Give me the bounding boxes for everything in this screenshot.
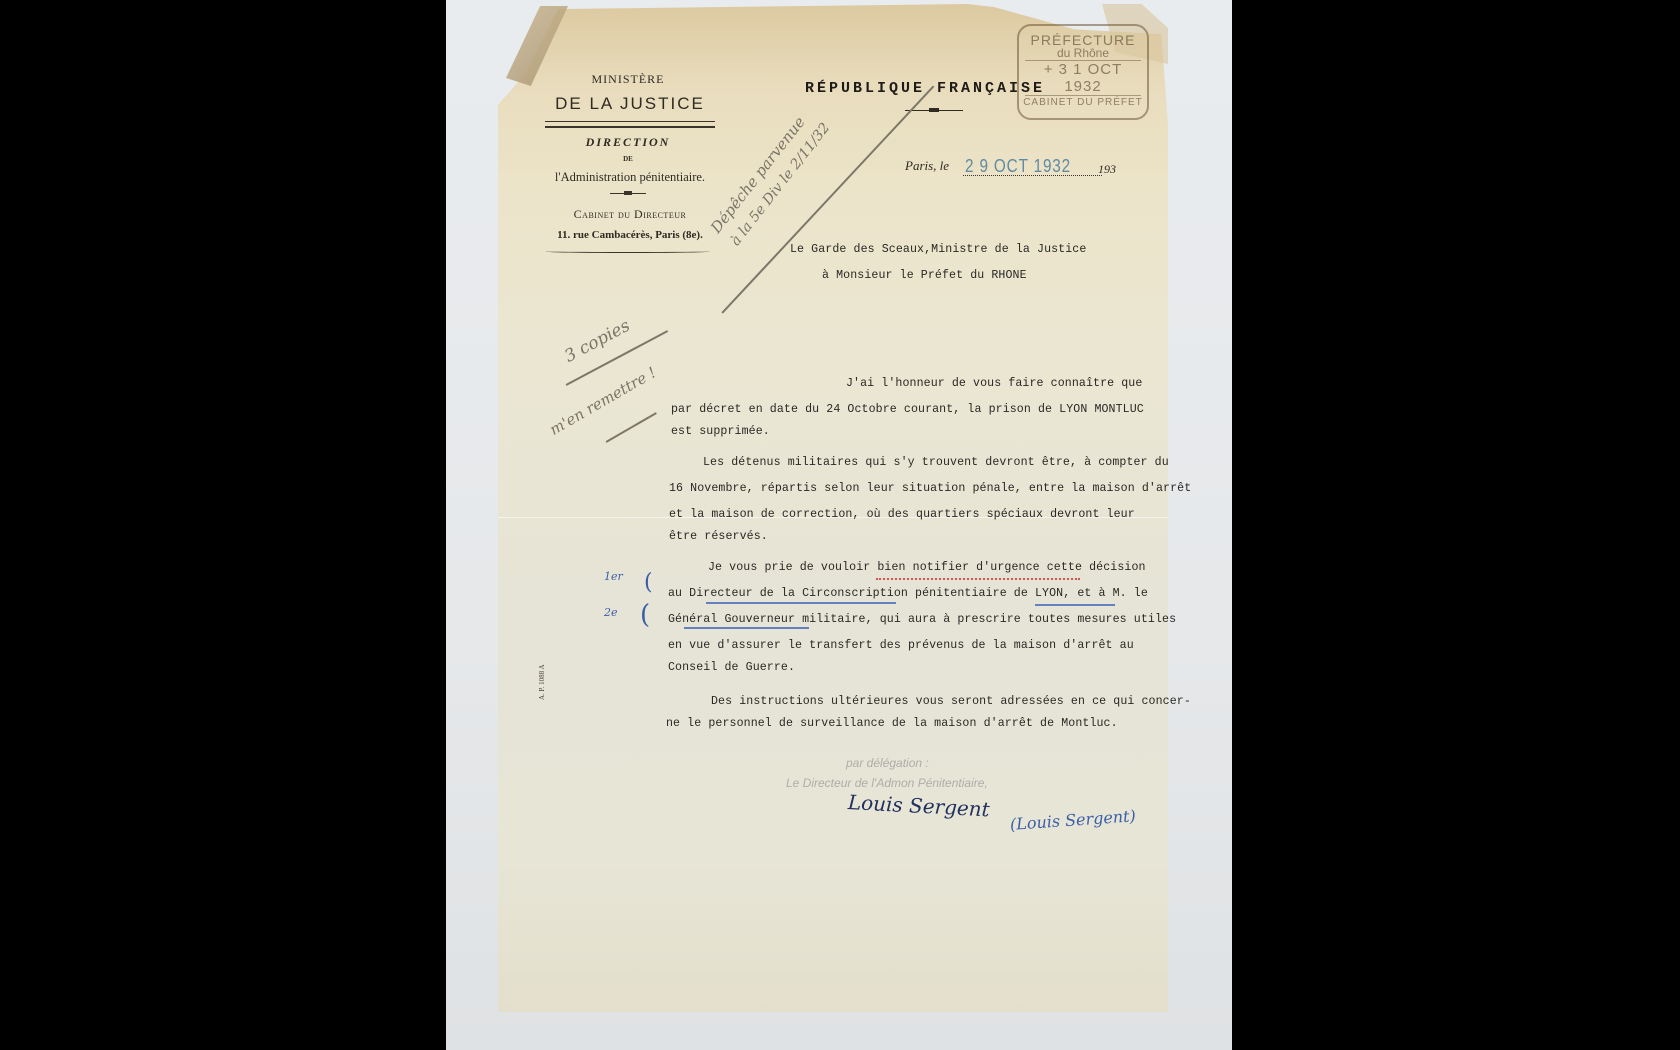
signatory-title: Le Directeur de l'Admon Pénitentiaire, <box>786 776 988 790</box>
bracket-mark: ( <box>640 600 650 630</box>
letterhead-rule <box>545 121 715 128</box>
addressing-to: à Monsieur le Préfet du RHONE <box>822 269 1027 282</box>
letterhead-de: DE <box>548 155 708 163</box>
body-line: Je vous prie de vouloir bien notifier d'… <box>708 561 1146 574</box>
bracket-mark: ( <box>644 570 653 595</box>
ornament-divider <box>905 110 963 111</box>
blue-underline <box>1035 604 1115 606</box>
form-code: A. P. 1088 A <box>538 664 546 700</box>
handwritten-mark-first: 1er <box>604 570 623 583</box>
blue-underline <box>684 627 809 629</box>
body-line: par décret en date du 24 Octobre courant… <box>671 403 1144 416</box>
letterhead-ministry-name: DE LA JUSTICE <box>540 94 720 114</box>
body-line: au Directeur de la Circonscription pénit… <box>668 587 1148 600</box>
red-underline <box>876 578 1080 580</box>
letterhead-direction: DIRECTION <box>548 135 708 150</box>
handwritten-mark-second: 2e <box>604 606 618 619</box>
addressing-from: Le Garde des Sceaux,Ministre de la Justi… <box>790 243 1086 256</box>
date-stamp: 2 9 OCT 1932 <box>965 156 1071 177</box>
body-line: ne le personnel de surveillance de la ma… <box>666 717 1118 730</box>
par-delegation: par délégation : <box>846 756 929 770</box>
stamp-line-2: du Rhône <box>1019 46 1147 60</box>
body-line: J'ai l'honneur de vous faire connaître q… <box>846 377 1142 390</box>
body-line: Général Gouverneur militaire, qui aura à… <box>668 613 1176 626</box>
letterhead-cabinet: Cabinet du Directeur <box>540 207 720 222</box>
body-line: 16 Novembre, répartis selon leur situati… <box>669 482 1191 495</box>
body-line: Les détenus militaires qui s'y trouvent … <box>703 456 1169 469</box>
body-line: et la maison de correction, où des quart… <box>669 508 1135 521</box>
body-line: Conseil de Guerre. <box>668 661 795 674</box>
blue-underline <box>706 602 896 604</box>
dateline: Paris, le 2 9 OCT 1932 193 <box>905 158 1120 184</box>
letterhead-ministere: MINISTÈRE <box>548 72 708 87</box>
body-line: Des instructions ultérieures vous seront… <box>711 695 1191 708</box>
body-line: en vue d'assurer le transfert des préven… <box>668 639 1134 652</box>
body-line: être réservés. <box>669 530 768 543</box>
letterhead-administration: l'Administration pénitentiaire. <box>540 170 720 185</box>
stamp-line-4: CABINET DU PRÉFET <box>1019 97 1147 108</box>
dateline-place: Paris, le <box>905 158 949 173</box>
body-line: est supprimée. <box>671 425 770 438</box>
stamp-date: + 3 1 OCT 1932 <box>1025 60 1141 96</box>
letterhead-bottom-rule <box>545 250 710 253</box>
prefecture-reception-stamp: PRÉFECTURE du Rhône + 3 1 OCT 1932 CABIN… <box>1017 24 1149 120</box>
letterhead-address: 11. rue Cambacérès, Paris (8e). <box>540 229 720 241</box>
ornament-divider <box>610 193 646 194</box>
dateline-year-suffix: 193 <box>1098 162 1116 177</box>
